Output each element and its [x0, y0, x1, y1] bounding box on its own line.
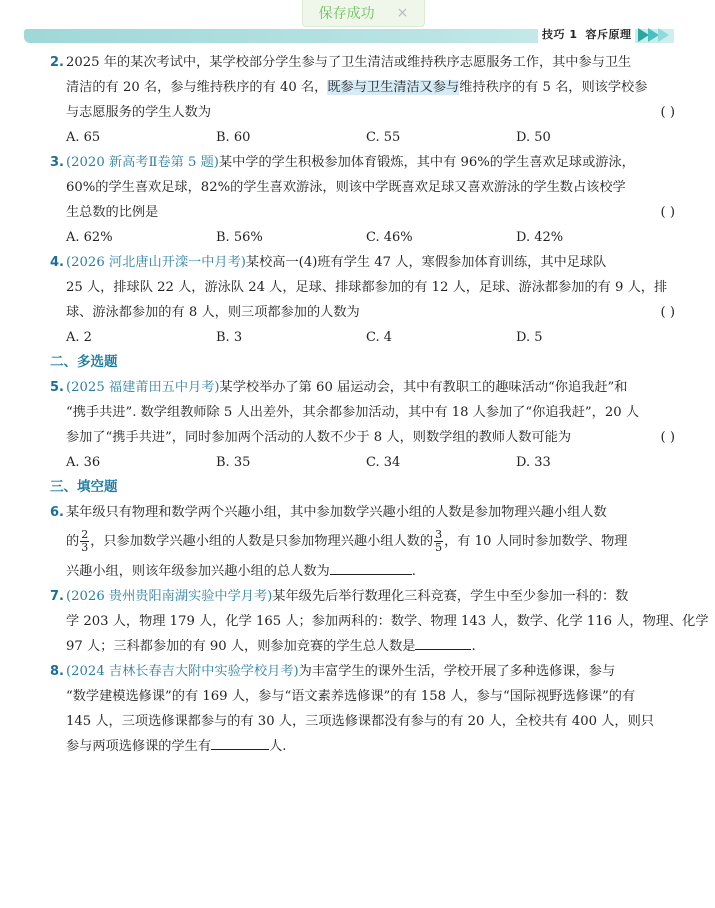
question-5: 5. (2025 福建莆田五中月考)某学校举办了第 60 届运动会，其中有教职工…: [50, 375, 675, 475]
answer-paren: ( ): [661, 300, 675, 325]
question-source: (2025 福建莆田五中月考): [66, 380, 220, 395]
question-source: (2026 河北唐山开滦一中月考): [66, 255, 246, 270]
option-a: A. 62%: [66, 225, 216, 250]
fraction-2-3: 23: [80, 529, 89, 554]
chapter-header: 技巧 1容斥原理: [538, 27, 635, 43]
option-c: C. 55: [366, 125, 516, 150]
fraction-3-5: 35: [434, 529, 443, 554]
option-b: B. 60: [216, 125, 366, 150]
triple-arrow-icon: [638, 28, 668, 42]
option-b: B. 35: [216, 450, 366, 475]
question-number: 6.: [50, 500, 64, 525]
question-text: 清洁的有 20 名，参与维持秩序的有 40 名，既参与卫生清洁又参与维持秩序的有…: [50, 75, 675, 100]
chapter-number: 技巧 1: [542, 28, 577, 41]
question-number: 5.: [50, 375, 64, 400]
question-8: 8. (2024 吉林长春吉大附中实验学校月考)为丰富学生的课外生活，学校开展了…: [50, 659, 675, 759]
question-text: “携手共进”. 数学组教师除 5 人出差外，其余都参加活动，其中有 18 人参加…: [50, 400, 675, 425]
question-2: 2. 2025 年的某次考试中，某学校部分学生参与了卫生清洁或维持秩序志愿服务工…: [50, 50, 675, 150]
question-text: (2026 河北唐山开滦一中月考)某校高一(4)班有学生 47 人，寒假参加体育…: [50, 250, 675, 275]
answer-blank[interactable]: [330, 560, 412, 575]
question-number: 2.: [50, 50, 64, 75]
options: A. 65 B. 60 C. 55 D. 50: [50, 125, 675, 150]
options: A. 36 B. 35 C. 34 D. 33: [50, 450, 675, 475]
chapter-title: 容斥原理: [585, 28, 631, 41]
option-d: D. 5: [516, 325, 666, 350]
section-multi-choice: 二、多选题: [50, 350, 675, 375]
question-text: 参与两项选修课的学生有人.: [50, 734, 675, 759]
options: A. 2 B. 3 C. 4 D. 5: [50, 325, 675, 350]
close-icon[interactable]: ×: [397, 5, 409, 21]
option-a: A. 2: [66, 325, 216, 350]
question-text: 145 人，三项选修课都参与的有 30 人，三项选修课都没有参与的有 20 人，…: [50, 709, 675, 734]
save-success-toast: 保存成功 ×: [302, 0, 425, 27]
question-source: (2020 新高考Ⅱ卷第 5 题): [66, 155, 219, 170]
question-text: 2025 年的某次考试中，某学校部分学生参与了卫生清洁或维持秩序志愿服务工作，其…: [50, 50, 675, 75]
question-number: 3.: [50, 150, 64, 175]
answer-blank[interactable]: [415, 635, 471, 650]
question-text: 参加了“携手共进”，同时参加两个活动的人数不少于 8 人，则数学组的教师人数可能…: [50, 425, 675, 450]
question-text: 生总数的比例是( ): [50, 200, 675, 225]
question-3: 3. (2020 新高考Ⅱ卷第 5 题)某中学的学生积极参加体育锻炼，其中有 9…: [50, 150, 675, 250]
question-text: (2020 新高考Ⅱ卷第 5 题)某中学的学生积极参加体育锻炼，其中有 96%的…: [50, 150, 675, 175]
option-c: C. 4: [366, 325, 516, 350]
option-d: D. 50: [516, 125, 666, 150]
question-text: 兴趣小组，则该年级参加兴趣小组的总人数为.: [50, 559, 675, 584]
option-d: D. 42%: [516, 225, 666, 250]
highlighted-text: 既参与卫生清洁又参与: [327, 80, 459, 95]
options: A. 62% B. 56% C. 46% D. 42%: [50, 225, 675, 250]
question-text: 60%的学生喜欢足球，82%的学生喜欢游泳，则该中学既喜欢足球又喜欢游泳的学生数…: [50, 175, 675, 200]
question-text: 学 203 人，物理 179 人，化学 165 人；参加两科的：数学、物理 14…: [50, 609, 675, 634]
option-b: B. 56%: [216, 225, 366, 250]
answer-paren: ( ): [661, 425, 675, 450]
question-text: (2026 贵州贵阳南湖实验中学月考)某年级先后举行数理化三科竞赛，学生中至少参…: [50, 584, 675, 609]
answer-paren: ( ): [661, 200, 675, 225]
question-text: (2025 福建莆田五中月考)某学校举办了第 60 届运动会，其中有教职工的趣味…: [50, 375, 675, 400]
toast-message: 保存成功: [319, 3, 375, 23]
option-c: C. 46%: [366, 225, 516, 250]
question-4: 4. (2026 河北唐山开滦一中月考)某校高一(4)班有学生 47 人，寒假参…: [50, 250, 675, 350]
question-text: 97 人；三科都参加的有 90 人，则参加竞赛的学生总人数是.: [50, 634, 675, 659]
question-text: 25 人，排球队 22 人，游泳队 24 人，足球、排球都参加的有 12 人，足…: [50, 275, 675, 300]
question-text: 与志愿服务的学生人数为( ): [50, 100, 675, 125]
question-text: 某年级只有物理和数学两个兴趣小组，其中参加数学兴趣小组的人数是参加物理兴趣小组人…: [50, 500, 675, 525]
section-fill-blank: 三、填空题: [50, 475, 675, 500]
option-c: C. 34: [366, 450, 516, 475]
option-a: A. 36: [66, 450, 216, 475]
question-source: (2024 吉林长春吉大附中实验学校月考): [66, 664, 299, 679]
question-text: 的23，只参加数学兴趣小组的人数是只参加物理兴趣小组人数的35，有 10 人同时…: [50, 525, 675, 559]
page-content: 2. 2025 年的某次考试中，某学校部分学生参与了卫生清洁或维持秩序志愿服务工…: [50, 50, 675, 759]
option-d: D. 33: [516, 450, 666, 475]
question-text: (2024 吉林长春吉大附中实验学校月考)为丰富学生的课外生活，学校开展了多种选…: [50, 659, 675, 684]
question-number: 7.: [50, 584, 64, 609]
answer-blank[interactable]: [211, 735, 269, 750]
option-b: B. 3: [216, 325, 366, 350]
answer-paren: ( ): [661, 100, 675, 125]
option-a: A. 65: [66, 125, 216, 150]
question-text: “数学建模选修课”的有 169 人，参与“语文素养选修课”的有 158 人，参与…: [50, 684, 675, 709]
question-number: 4.: [50, 250, 64, 275]
question-text: 球、游泳都参加的有 8 人，则三项都参加的人数为( ): [50, 300, 675, 325]
question-6: 6. 某年级只有物理和数学两个兴趣小组，其中参加数学兴趣小组的人数是参加物理兴趣…: [50, 500, 675, 584]
question-source: (2026 贵州贵阳南湖实验中学月考): [66, 589, 272, 604]
question-7: 7. (2026 贵州贵阳南湖实验中学月考)某年级先后举行数理化三科竞赛，学生中…: [50, 584, 675, 659]
question-number: 8.: [50, 659, 64, 684]
